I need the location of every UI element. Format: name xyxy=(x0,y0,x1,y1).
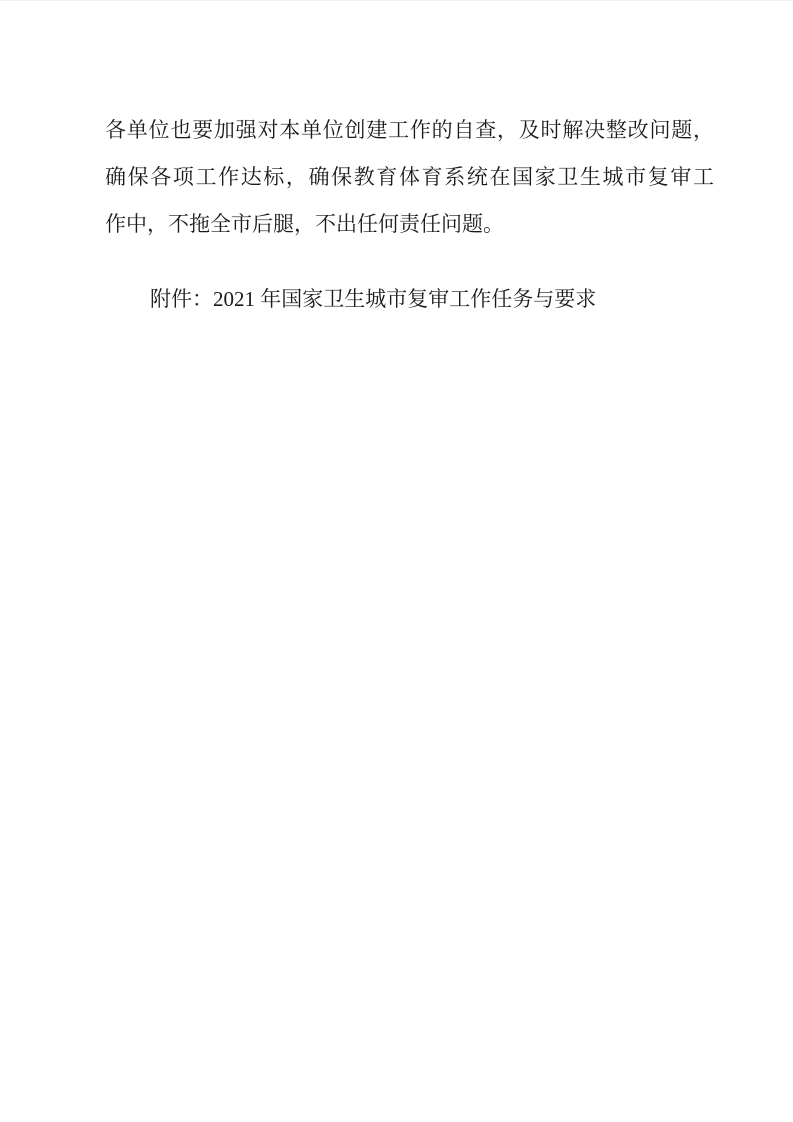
paragraph-line-1: 各单位也要加强对本单位创建工作的自查，及时解决整改问题， xyxy=(105,107,714,154)
paragraph-line-3: 作中，不拖全市后腿，不出任何责任问题。 xyxy=(105,201,714,248)
paragraph-line-2: 确保各项工作达标，确保教育体育系统在国家卫生城市复审工 xyxy=(105,154,714,201)
body-paragraph: 各单位也要加强对本单位创建工作的自查，及时解决整改问题， 确保各项工作达标，确保… xyxy=(105,107,714,323)
attachment-reference-line: 附件：2021 年国家卫生城市复审工作任务与要求 xyxy=(105,276,714,323)
document-page: 各单位也要加强对本单位创建工作的自查，及时解决整改问题， 确保各项工作达标，确保… xyxy=(0,0,793,1122)
